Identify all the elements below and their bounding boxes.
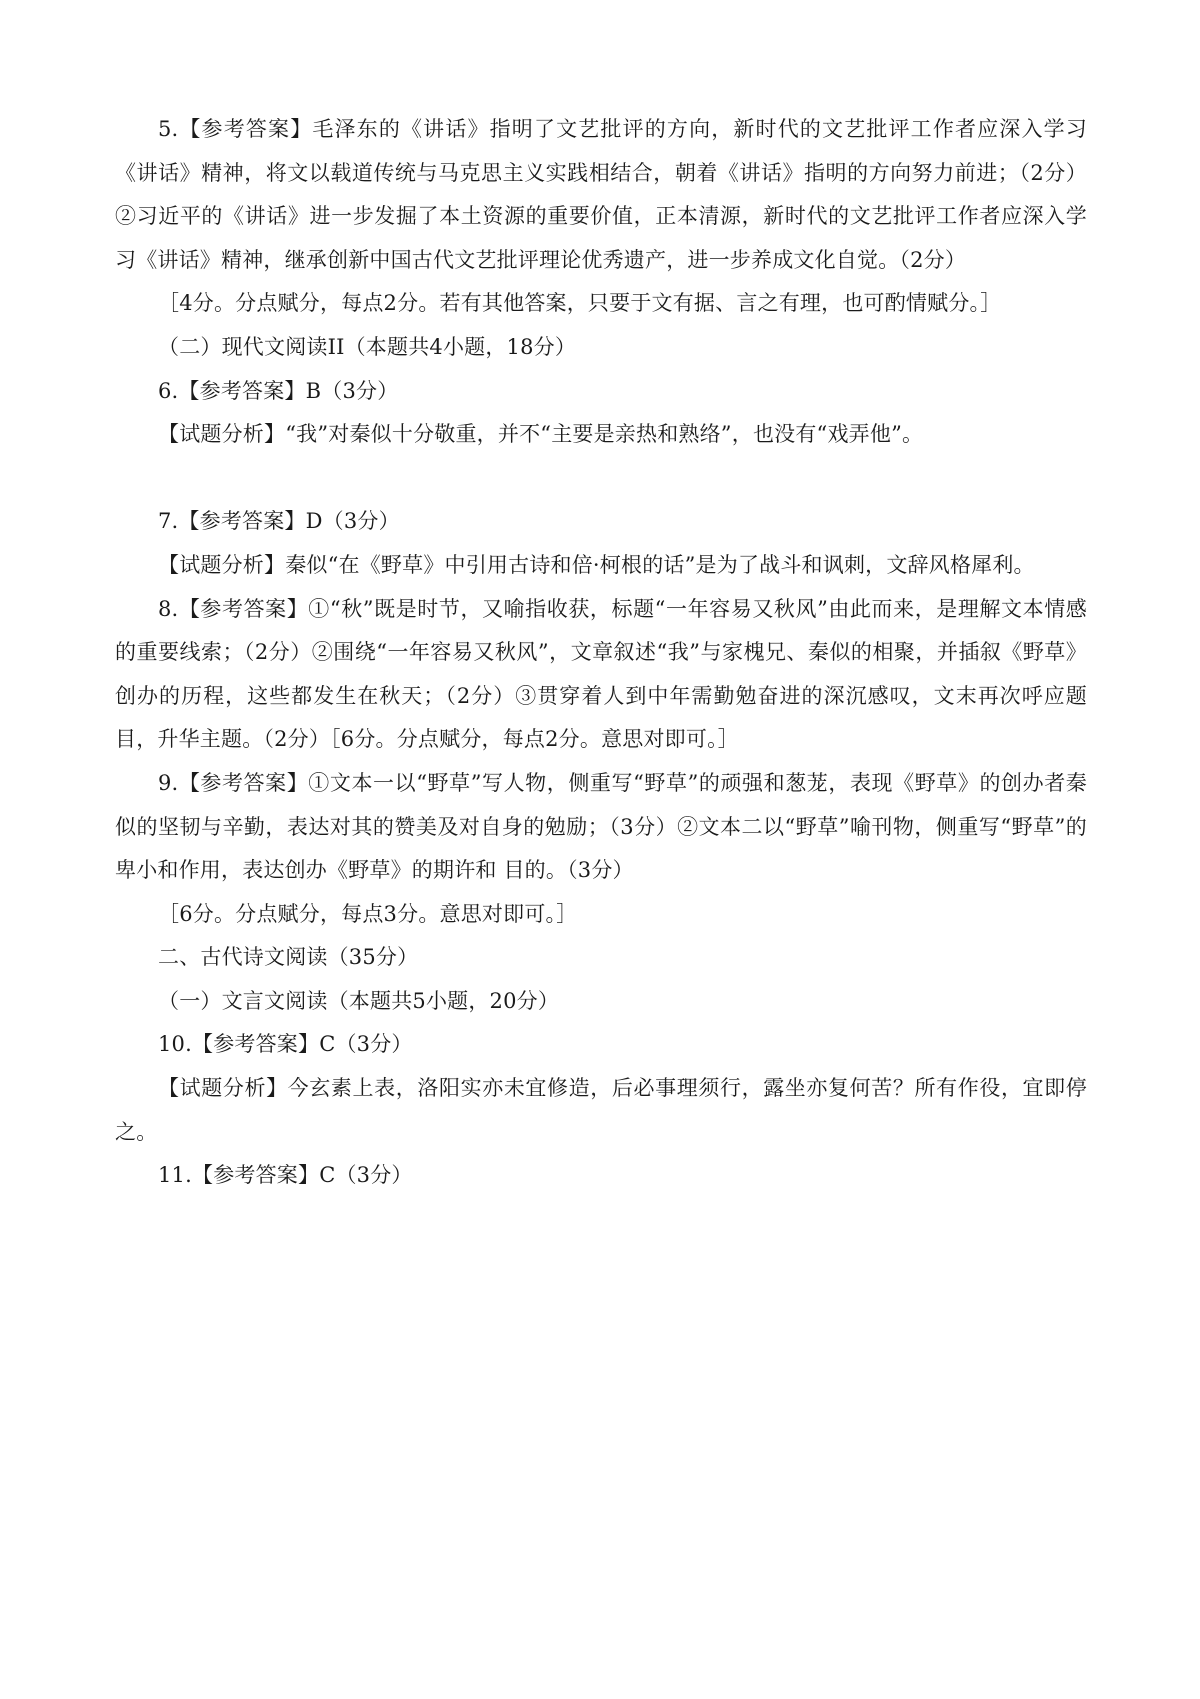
document-page: 5.【参考答案】毛泽东的《讲话》指明了文艺批评的方向，新时代的文艺批评工作者应深… bbox=[115, 108, 1087, 1198]
answer-q5: 5.【参考答案】毛泽东的《讲话》指明了文艺批评的方向，新时代的文艺批评工作者应深… bbox=[115, 108, 1087, 282]
scoring-note-q5: ［4分。分点赋分，每点2分。若有其他答案，只要于文有据、言之有理，也可酌情赋分。… bbox=[115, 282, 1087, 326]
analysis-q6: 【试题分析】“我”对秦似十分敬重，并不“主要是亲热和熟络”，也没有“戏弄他”。 bbox=[115, 413, 1087, 457]
answer-q7: 7.【参考答案】D（3分） bbox=[115, 500, 1087, 544]
answer-q9: 9.【参考答案】①文本一以“野草”写人物，侧重写“野草”的顽强和葱茏，表现《野草… bbox=[115, 762, 1087, 893]
answer-q11: 11.【参考答案】C（3分） bbox=[115, 1154, 1087, 1198]
section-heading-classical-reading: 二、古代诗文阅读（35分） bbox=[115, 936, 1087, 980]
section-heading-modern-reading-2: （二）现代文阅读II（本题共4小题，18分） bbox=[115, 326, 1087, 370]
section-heading-classical-prose: （一）文言文阅读（本题共5小题，20分） bbox=[115, 980, 1087, 1024]
blank-line bbox=[115, 457, 1087, 501]
analysis-q10: 【试题分析】今玄素上表，洛阳实亦未宜修造，后必事理须行，露坐亦复何苦？所有作役，… bbox=[115, 1067, 1087, 1154]
answer-q10: 10.【参考答案】C（3分） bbox=[115, 1023, 1087, 1067]
answer-q8: 8.【参考答案】①“秋”既是时节，又喻指收获，标题“一年容易又秋风”由此而来，是… bbox=[115, 588, 1087, 762]
analysis-q7: 【试题分析】秦似“在《野草》中引用古诗和倍·柯根的话”是为了战斗和讽刺，文辞风格… bbox=[115, 544, 1087, 588]
scoring-note-q9: ［6分。分点赋分，每点3分。意思对即可。］ bbox=[115, 893, 1087, 937]
answer-q6: 6.【参考答案】B（3分） bbox=[115, 370, 1087, 414]
